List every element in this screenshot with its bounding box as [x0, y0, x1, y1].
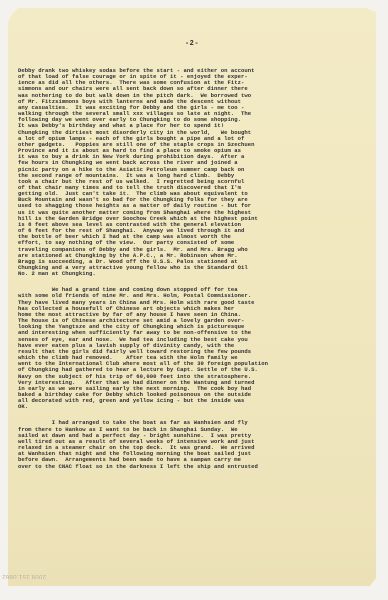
paragraph-3: I had arranged to take the boat as far a… — [18, 420, 368, 469]
paragraph-gap — [18, 277, 368, 287]
archive-accession-number: 2009.151.0862 — [2, 573, 46, 579]
page-number: -2- — [8, 40, 376, 48]
text-line: over to the CNAC float so in the darknes… — [18, 464, 368, 470]
paragraph-2: We had a grand time and coming down stop… — [18, 287, 368, 410]
letter-page: -2- Debby drank two whiskey sodas before… — [8, 8, 376, 586]
paragraph-1: Debby drank two whiskey sodas before the… — [18, 68, 368, 277]
letter-body: Debby drank two whiskey sodas before the… — [18, 68, 368, 470]
paragraph-gap — [18, 410, 368, 420]
